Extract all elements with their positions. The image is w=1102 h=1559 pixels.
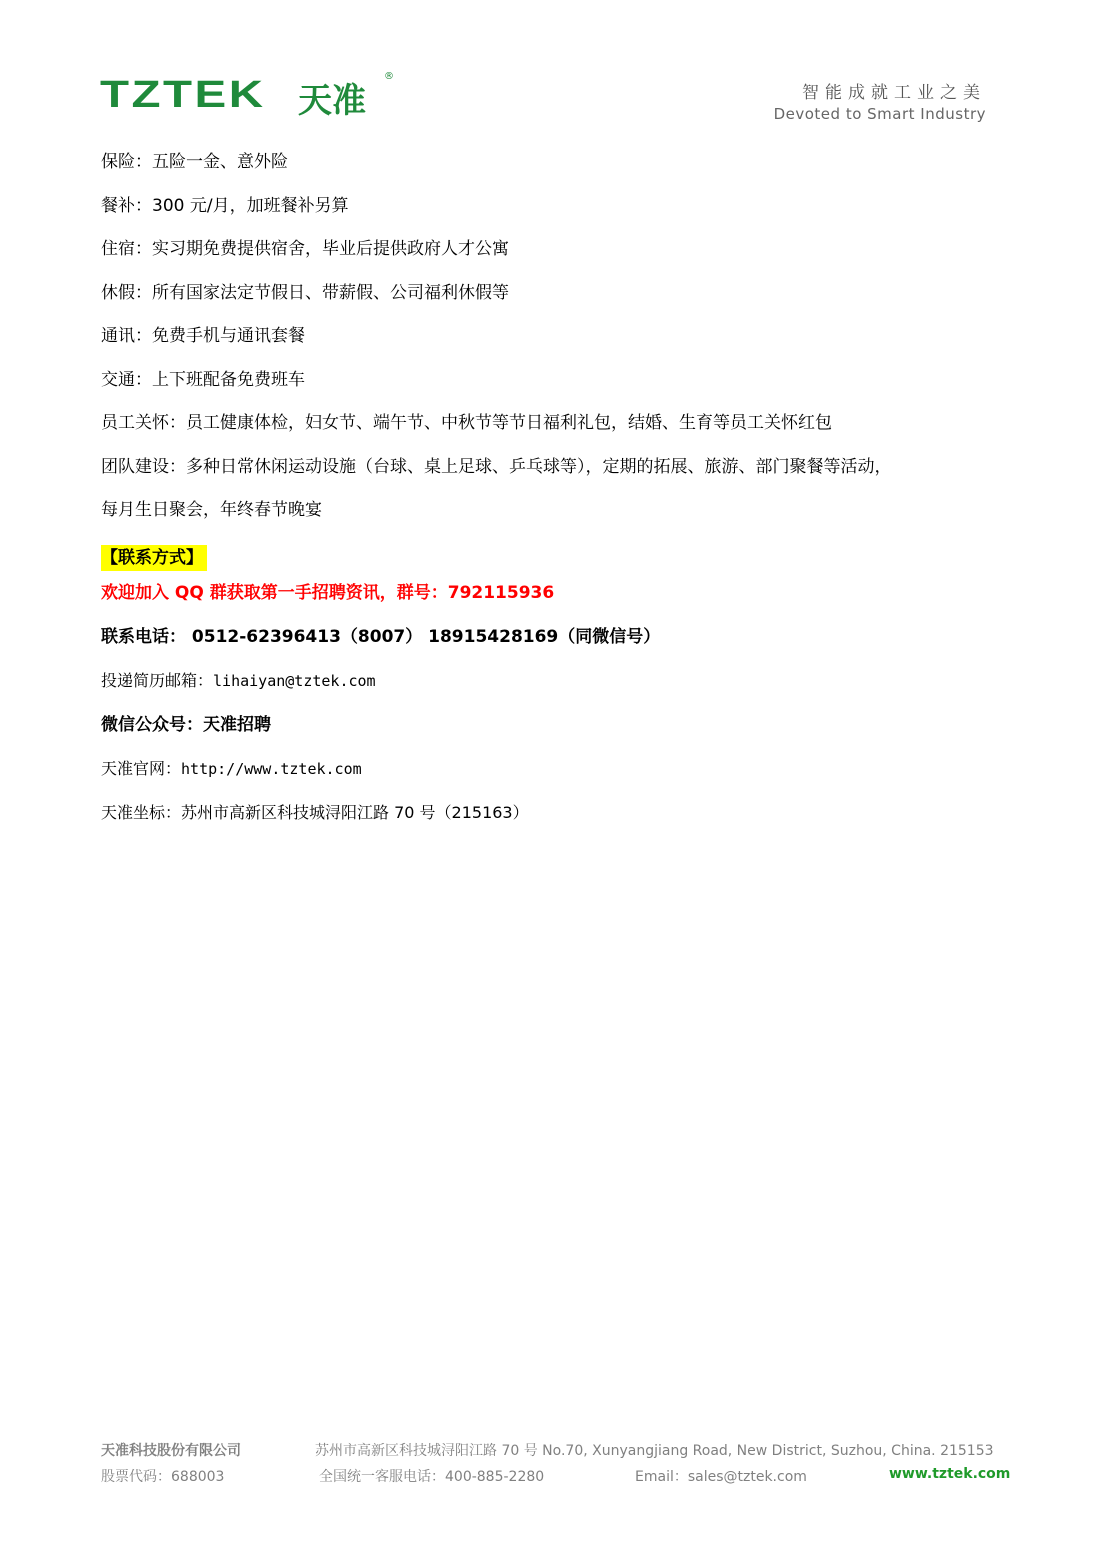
contact-section: 【联系方式】 欢迎加入 QQ 群获取第一手招聘资讯，群号：792115936 联… — [101, 533, 1021, 834]
benefit-insurance: 保险：五险一金、意外险 — [101, 141, 1021, 185]
benefit-care: 员工关怀：员工健康体检，妇女节、端午节、中秋节等节日福利礼包，结婚、生育等员工关… — [101, 402, 1021, 446]
logo-text-cn: 天准 — [298, 73, 366, 122]
slogan-en: Devoted to Smart Industry — [774, 105, 986, 123]
footer-stock-code: 股票代码：688003 — [101, 1466, 224, 1486]
email-line: 投递简历邮箱：lihaiyan@tztek.com — [101, 659, 1021, 703]
slogan-cn: 智能成就工业之美 — [774, 78, 986, 103]
address-line: 天准坐标：苏州市高新区科技城浔阳江路 70 号（215163） — [101, 791, 1021, 834]
page-header: TZTEK 天准 ® 智能成就工业之美 Devoted to Smart Ind… — [0, 0, 1102, 140]
benefit-meal: 餐补：300 元/月，加班餐补另算 — [101, 185, 1021, 229]
section-title-contact: 【联系方式】 — [101, 545, 207, 571]
page-footer: 天准科技股份有限公司 苏州市高新区科技城浔阳江路 70 号 No.70, Xun… — [101, 1440, 1001, 1492]
wechat-line: 微信公众号：天准招聘 — [101, 703, 1021, 747]
website-line: 天准官网：http://www.tztek.com — [101, 747, 1021, 791]
company-logo: TZTEK 天准 ® — [100, 55, 410, 135]
registered-mark-icon: ® — [384, 71, 394, 82]
footer-email[interactable]: Email：sales@tztek.com — [635, 1466, 807, 1486]
phone-line: 联系电话： 0512-62396413（8007） 18915428169（同微… — [101, 615, 1021, 659]
footer-company: 天准科技股份有限公司 — [101, 1440, 241, 1460]
qq-group-line: 欢迎加入 QQ 群获取第一手招聘资讯，群号：792115936 — [101, 571, 1021, 615]
document-body: 保险：五险一金、意外险 餐补：300 元/月，加班餐补另算 住宿：实习期免费提供… — [101, 141, 1021, 834]
footer-website[interactable]: www.tztek.com — [889, 1466, 1010, 1482]
benefit-vacation: 休假：所有国家法定节假日、带薪假、公司福利休假等 — [101, 272, 1021, 316]
website-label: 天准官网： — [101, 759, 181, 778]
benefit-team-cont: 每月生日聚会，年终春节晚宴 — [101, 489, 1021, 533]
benefit-phone: 通讯：免费手机与通讯套餐 — [101, 315, 1021, 359]
benefit-housing: 住宿：实习期免费提供宿舍，毕业后提供政府人才公寓 — [101, 228, 1021, 272]
benefit-transport: 交通：上下班配备免费班车 — [101, 359, 1021, 403]
email-label: 投递简历邮箱： — [101, 671, 213, 690]
email-link[interactable]: lihaiyan@tztek.com — [213, 672, 376, 690]
website-link[interactable]: http://www.tztek.com — [181, 760, 362, 778]
benefit-team: 团队建设：多种日常休闲运动设施（台球、桌上足球、乒乓球等），定期的拓展、旅游、部… — [101, 446, 1021, 490]
benefits-list: 保险：五险一金、意外险 餐补：300 元/月，加班餐补另算 住宿：实习期免费提供… — [101, 141, 1021, 533]
footer-address: 苏州市高新区科技城浔阳江路 70 号 No.70, Xunyangjiang R… — [315, 1440, 994, 1460]
footer-hotline: 全国统一客服电话：400-885-2280 — [319, 1466, 544, 1486]
logo-text-en: TZTEK — [100, 74, 266, 117]
slogan: 智能成就工业之美 Devoted to Smart Industry — [774, 78, 986, 123]
